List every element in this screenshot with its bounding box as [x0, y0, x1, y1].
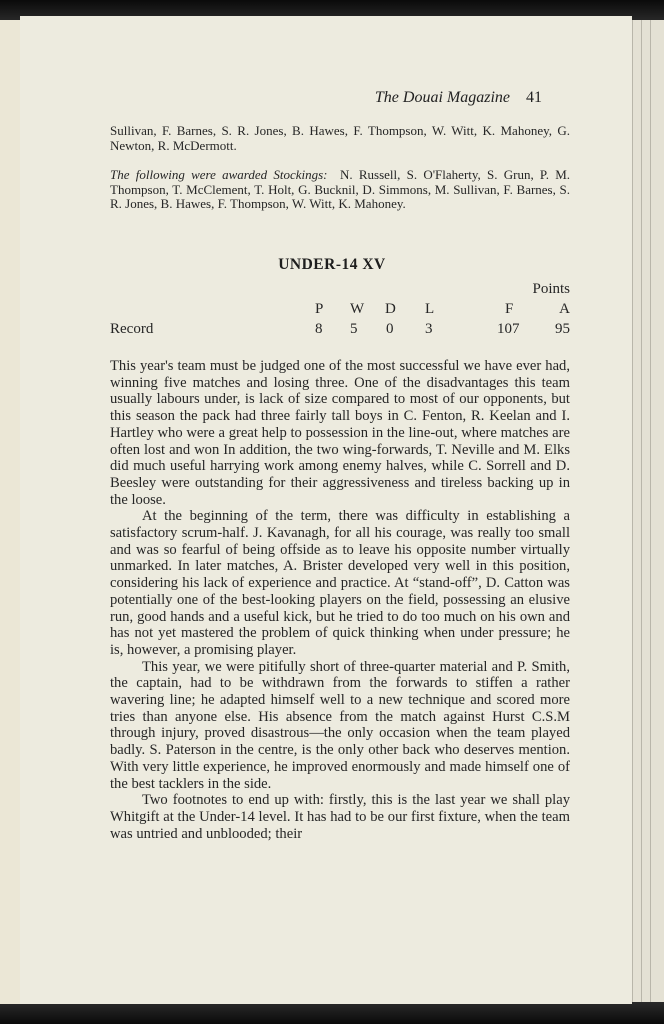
col-header-f: F: [505, 301, 513, 318]
value-points-for: 107: [497, 321, 520, 338]
col-header-p: P: [315, 301, 323, 318]
record-header-row: P W D L F A: [110, 301, 570, 321]
scan-background-bottom: [0, 1002, 664, 1024]
record-row-label: Record: [110, 321, 153, 338]
value-lost: 3: [425, 321, 433, 338]
value-won: 5: [350, 321, 358, 338]
page-stack-edge: [641, 20, 650, 1002]
col-header-d: D: [385, 301, 396, 318]
col-header-w: W: [350, 301, 364, 318]
left-page-edge: [0, 20, 21, 1004]
paragraph-1: This year's team must be judged one of t…: [110, 358, 570, 508]
value-drawn: 0: [386, 321, 394, 338]
colours-list-continued: Sullivan, F. Barnes, S. R. Jones, B. Haw…: [110, 124, 570, 153]
paragraph-3: This year, we were pitifully short of th…: [110, 659, 570, 793]
page-number: 41: [526, 89, 542, 106]
col-header-a: A: [559, 301, 570, 318]
section-heading: UNDER-14 XV: [0, 256, 664, 274]
record-table: Points P W D L F A Record 8 5 0 3 107 95: [110, 281, 570, 341]
value-points-against: 95: [555, 321, 570, 338]
value-played: 8: [315, 321, 323, 338]
page-stack-edge: [632, 20, 641, 1002]
col-header-l: L: [425, 301, 434, 318]
stockings-label: The following were awarded Stockings:: [110, 167, 328, 182]
paragraph-2: At the beginning of the term, there was …: [110, 508, 570, 658]
magazine-title: The Douai Magazine: [375, 89, 510, 106]
report-body: This year's team must be judged one of t…: [110, 358, 570, 842]
paragraph-4: Two footnotes to end up with: firstly, t…: [110, 792, 570, 842]
stockings-paragraph: The following were awarded Stockings: N.…: [110, 168, 570, 212]
page-stack-edge: [650, 20, 664, 1002]
running-head: The Douai Magazine 41: [375, 89, 542, 107]
record-values-row: Record 8 5 0 3 107 95: [110, 321, 570, 341]
points-header: Points: [532, 281, 570, 298]
